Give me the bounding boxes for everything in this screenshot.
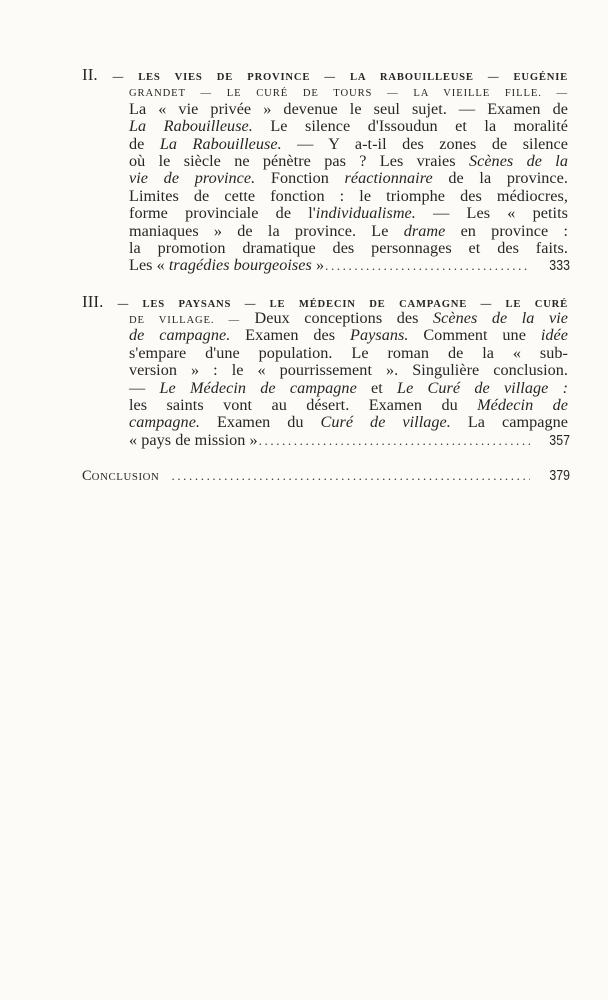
emphasis: réactionnaire <box>345 169 433 187</box>
leader-dots: ........................................… <box>259 432 530 449</box>
summary-last-line: Les « tragédies bourgeoises » ..........… <box>82 257 568 274</box>
work-title: Médecin de <box>477 396 568 414</box>
entry-heading-line-1: II. — LES VIES DE PROVINCE — LA RABOUILL… <box>82 66 568 83</box>
summary-text: forme provinciale de l' <box>129 204 316 222</box>
work-title: La Rabouilleuse. <box>160 135 282 153</box>
summary-text: de <box>129 135 160 153</box>
conclusion-label: CONCLUSION <box>82 467 159 485</box>
entry-heading-line-2: GRANDET — LE CURÉ DE TOURS — LA VIEILLE … <box>82 83 568 100</box>
toc-entry-conclusion: CONCLUSION .............................… <box>82 467 568 485</box>
summary-text: où le siècle ne pénètre pas ? Les vraies <box>129 152 469 170</box>
work-title: Paysans. <box>350 326 408 344</box>
summary-text: s'empare d'une population. Le roman de l… <box>129 344 568 362</box>
work-title: Scènes de la <box>469 152 568 170</box>
spacer <box>82 449 568 467</box>
summary-text: — Les « petits <box>416 204 568 222</box>
work-title: Curé de village. <box>321 413 451 431</box>
work-title: campagne. <box>129 413 200 431</box>
work-title: de campagne. <box>129 326 230 344</box>
work-title: La Rabouilleuse. <box>129 117 253 135</box>
summary-text: Les « <box>129 256 169 274</box>
summary-text: Limites de cette fonction : le triomphe … <box>129 187 568 205</box>
summary-text: Le silence d'Issoudun et la moralité <box>253 117 568 135</box>
summary-text: et <box>357 379 397 397</box>
page-number: 379 <box>545 468 571 484</box>
entry-heading: — LES PAYSANS — LE MÉDECIN DE CAMPAGNE —… <box>118 299 568 310</box>
work-title: Scènes de la vie <box>433 309 568 327</box>
conclusion-initial: C <box>82 468 92 484</box>
summary-line: version » : le « pourrissement ». Singul… <box>82 362 568 379</box>
entry-number: II. <box>82 66 98 83</box>
emphasis: tragédies bourgeoises <box>169 256 312 274</box>
summary-line: vie de province. Fonction réactionnaire … <box>82 170 568 187</box>
summary-line: les saints vont au désert. Examen du Méd… <box>82 397 568 414</box>
summary-last-line: « pays de mission » ....................… <box>82 432 568 449</box>
summary-text: la promotion dramatique des personnages … <box>129 239 568 257</box>
work-title: vie de province. <box>129 169 255 187</box>
page-number: 357 <box>545 433 571 450</box>
summary-line: s'empare d'une population. Le roman de l… <box>82 345 568 362</box>
table-of-contents: II. — LES VIES DE PROVINCE — LA RABOUILL… <box>82 66 568 485</box>
summary-line: de La Rabouilleuse. — Y a-t-il des zones… <box>82 136 568 153</box>
spacer <box>82 275 568 293</box>
entry-heading-line-1: III. — LES PAYSANS — LE MÉDECIN DE CAMPA… <box>82 293 568 310</box>
entry-heading-line-2: DE VILLAGE. — Deux conceptions des Scène… <box>82 310 568 327</box>
summary-line: — Le Médecin de campagne et Le Curé de v… <box>82 380 568 397</box>
summary-line: où le siècle ne pénètre pas ? Les vraies… <box>82 153 568 170</box>
summary-text: Examen des <box>230 326 350 344</box>
summary-text: les saints vont au désert. Examen du <box>129 396 477 414</box>
summary-text: Comment une <box>408 326 540 344</box>
summary-line: de campagne. Examen des Paysans. Comment… <box>82 327 568 344</box>
summary-line: la promotion dramatique des personnages … <box>82 240 568 257</box>
page-number: 333 <box>545 258 571 275</box>
summary-text: version » : le « pourrissement ». Singul… <box>129 361 568 379</box>
summary-line: Limites de cette fonction : le triomphe … <box>82 188 568 205</box>
emphasis: drame <box>404 222 446 240</box>
leader-dots: ........................................… <box>171 468 530 484</box>
summary-text: La « vie privée » devenue le seul sujet.… <box>129 100 568 118</box>
work-title: Le Curé de village : <box>397 379 568 397</box>
entry-number: III. <box>82 293 103 310</box>
conclusion-rest: ONCLUSION <box>92 471 160 483</box>
summary-text: Examen du <box>200 413 321 431</box>
summary-text: maniaques » de la province. Le <box>129 222 404 240</box>
summary-text: Fonction <box>255 169 344 187</box>
summary-line: maniaques » de la province. Le drame en … <box>82 223 568 240</box>
space <box>240 309 255 327</box>
summary-line: forme provinciale de l'individualisme. —… <box>82 205 568 222</box>
summary-text: La campagne <box>451 413 568 431</box>
work-title: Le Médecin de campagne <box>159 379 356 397</box>
entry-heading: — LES VIES DE PROVINCE — LA RABOUILLEUSE… <box>113 72 568 83</box>
summary-text: Les « tragédies bourgeoises » <box>129 257 324 274</box>
summary-text: — Y a-t-il des zones de silence <box>282 135 568 153</box>
emphasis: idée <box>541 326 568 344</box>
summary-text: « pays de mission » <box>129 432 258 449</box>
summary-text: » <box>312 256 324 274</box>
summary-text: en province : <box>445 222 568 240</box>
summary-line: La Rabouilleuse. Le silence d'Issoudun e… <box>82 118 568 135</box>
summary-line: campagne. Examen du Curé de village. La … <box>82 414 568 431</box>
leader-dots: ........................................… <box>325 257 530 274</box>
emphasis: individualisme. <box>316 204 416 222</box>
entry-heading-cont: GRANDET — LE CURÉ DE TOURS — LA VIEILLE … <box>129 88 568 99</box>
entry-heading-cont: DE VILLAGE. — <box>129 315 240 326</box>
toc-entry-2: II. — LES VIES DE PROVINCE — LA RABOUILL… <box>82 66 568 275</box>
toc-entry-3: III. — LES PAYSANS — LE MÉDECIN DE CAMPA… <box>82 293 568 450</box>
summary-text: Deux conceptions des <box>255 309 433 327</box>
summary-text: — <box>129 379 159 397</box>
summary-text: de la province. <box>433 169 568 187</box>
summary-line: La « vie privée » devenue le seul sujet.… <box>82 101 568 118</box>
